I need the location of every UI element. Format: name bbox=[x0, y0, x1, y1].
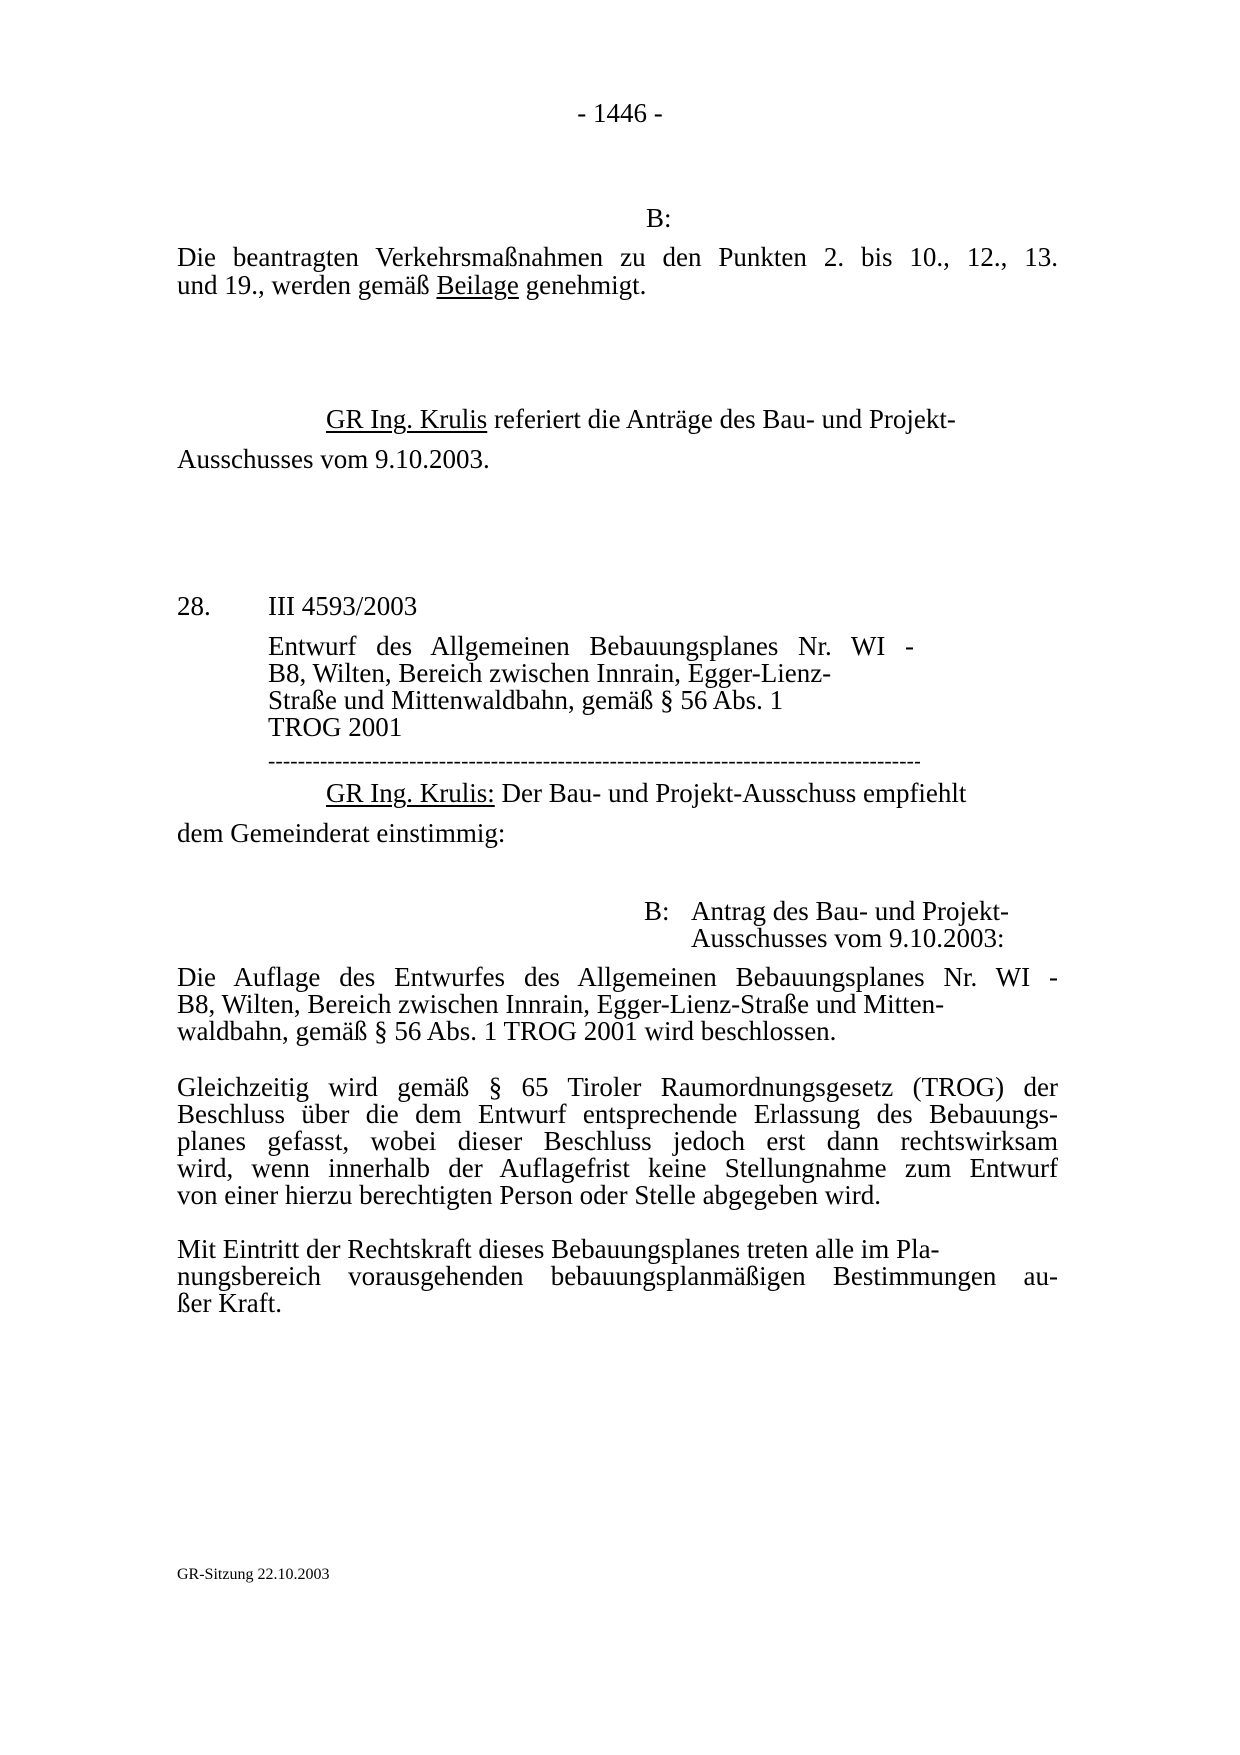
item-title-line-2: B8, Wilten, Bereich zwischen Innrain, Eg… bbox=[268, 660, 831, 687]
motion-heading-line-1: Antrag des Bau- und Projekt- bbox=[691, 898, 1009, 925]
separator-line: ----------------------------------------… bbox=[268, 748, 920, 774]
recommendation-line-2: dem Gemeinderat einstimmig: bbox=[177, 820, 505, 847]
referral-line-2: Ausschusses vom 9.10.2003. bbox=[177, 446, 490, 473]
paragraph-3-line-2: nungsbereich vorausgehenden bebauungspla… bbox=[177, 1263, 1058, 1290]
item-title-line-1: Entwurf des Allgemeinen Bebauungsplanes … bbox=[268, 633, 914, 660]
speaker-name: GR Ing. Krulis: bbox=[326, 778, 495, 808]
paragraph-2-line-4: wird, wenn innerhalb der Auflagefrist ke… bbox=[177, 1155, 1058, 1182]
item-number: 28. bbox=[177, 593, 211, 620]
paragraph-2-line-1: Gleichzeitig wird gemäß § 65 Tiroler Rau… bbox=[177, 1074, 1058, 1101]
motion-heading-line-2: Ausschusses vom 9.10.2003: bbox=[691, 925, 1005, 952]
recommendation-text: Der Bau- und Projekt-Ausschuss empfiehlt bbox=[495, 778, 967, 808]
item-title-line-4: TROG 2001 bbox=[268, 714, 402, 741]
referral-line-1: GR Ing. Krulis referiert die Anträge des… bbox=[326, 406, 956, 433]
paragraph-3-line-3: ßer Kraft. bbox=[177, 1290, 282, 1317]
paragraph-1-line-1: Die Auflage des Entwurfes des Allgemeine… bbox=[177, 964, 1058, 991]
item-title-line-3: Straße und Mittenwaldbahn, gemäß § 56 Ab… bbox=[268, 687, 783, 714]
paragraph-3-line-1: Mit Eintritt der Rechtskraft dieses Beba… bbox=[177, 1236, 940, 1263]
beilage-link[interactable]: Beilage bbox=[436, 270, 518, 300]
speaker-name: GR Ing. Krulis bbox=[326, 404, 487, 434]
paragraph-1-line-2: B8, Wilten, Bereich zwischen Innrain, Eg… bbox=[177, 991, 944, 1018]
section-b-text-post: genehmigt. bbox=[519, 270, 646, 300]
section-b-label: B: bbox=[646, 205, 672, 232]
item-reference: III 4593/2003 bbox=[268, 593, 417, 620]
referral-text: referiert die Anträge des Bau- und Proje… bbox=[487, 404, 956, 434]
section-b-text-pre: und 19., werden gemäß bbox=[177, 270, 436, 300]
paragraph-2-line-3: planes gefasst, wobei dieser Beschluss j… bbox=[177, 1128, 1058, 1155]
footer-session-date: GR-Sitzung 22.10.2003 bbox=[177, 1566, 329, 1584]
recommendation-line-1: GR Ing. Krulis: Der Bau- und Projekt-Aus… bbox=[326, 780, 966, 807]
paragraph-2-line-5: von einer hierzu berechtigten Person ode… bbox=[177, 1182, 881, 1209]
page-number: - 1446 - bbox=[0, 98, 1240, 129]
section-b-text-line-2: und 19., werden gemäß Beilage genehmigt. bbox=[177, 272, 646, 299]
paragraph-1-line-3: waldbahn, gemäß § 56 Abs. 1 TROG 2001 wi… bbox=[177, 1018, 836, 1045]
motion-b-label: B: bbox=[644, 898, 670, 925]
section-b-text-line-1: Die beantragten Verkehrsmaßnahmen zu den… bbox=[177, 244, 1058, 271]
paragraph-2-line-2: Beschluss über die dem Entwurf entsprech… bbox=[177, 1101, 1058, 1128]
